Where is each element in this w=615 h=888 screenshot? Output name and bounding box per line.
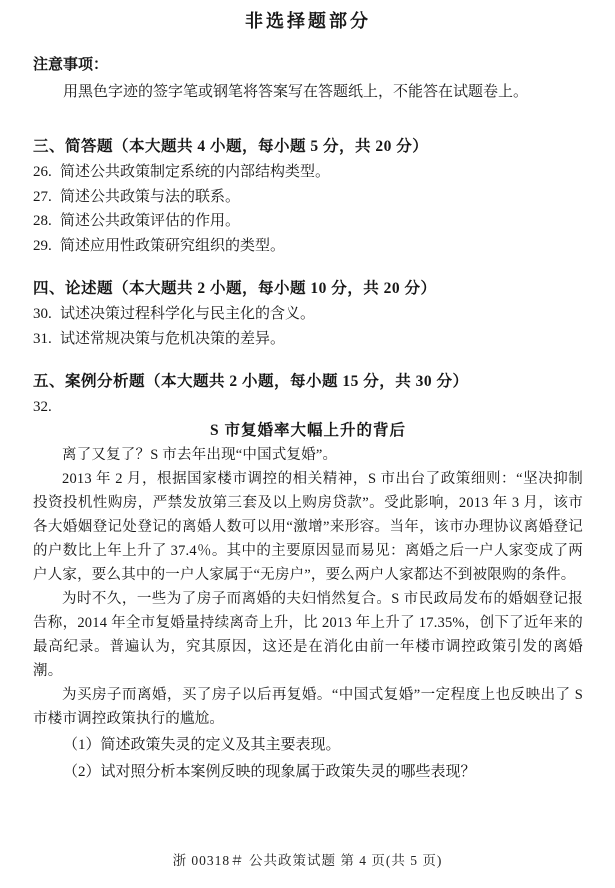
question-number: 27. xyxy=(33,185,60,210)
case-title: S 市复婚率大幅上升的背后 xyxy=(33,419,583,443)
page-title: 非选择题部分 xyxy=(33,10,583,32)
section-short-answer: 三、简答题（本大题共 4 小题，每小题 5 分，共 20 分） 26.简述公共政… xyxy=(33,134,583,258)
question-text: 简述公共政策制定系统的内部结构类型。 xyxy=(60,164,330,180)
section-heading: 四、论述题（本大题共 2 小题，每小题 10 分，共 20 分） xyxy=(33,276,583,302)
section-essay: 四、论述题（本大题共 2 小题，每小题 10 分，共 20 分） 30.试述决策… xyxy=(33,276,583,351)
section-case-analysis: 五、案例分析题（本大题共 2 小题，每小题 15 分，共 30 分） xyxy=(33,369,583,395)
question-number: 28. xyxy=(33,209,60,234)
question-text: 试述决策过程科学化与民主化的含义。 xyxy=(60,306,315,322)
case-paragraph: 2013 年 2 月，根据国家楼市调控的相关精神，S 市出台了政策细则：“坚决抑… xyxy=(33,467,583,587)
case-study: 32. S 市复婚率大幅上升的背后 离了又复了？S 市去年出现“中国式复婚”。 … xyxy=(33,395,583,785)
question-item: 29.简述应用性政策研究组织的类型。 xyxy=(33,234,583,259)
section-heading: 五、案例分析题（本大题共 2 小题，每小题 15 分，共 30 分） xyxy=(33,369,583,395)
question-number: 30. xyxy=(33,302,60,327)
case-question: （2）试对照分析本案例反映的现象属于政策失灵的哪些表现？ xyxy=(33,760,583,785)
case-question: （1）简述政策失灵的定义及其主要表现。 xyxy=(33,733,583,758)
question-text: 简述公共政策评估的作用。 xyxy=(60,213,240,229)
question-item: 26.简述公共政策制定系统的内部结构类型。 xyxy=(33,160,583,185)
case-paragraph: 为买房子而离婚，买了房子以后再复婚。“中国式复婚”一定程度上也反映出了 S 市楼… xyxy=(33,683,583,731)
question-text: 试述常规决策与危机决策的差异。 xyxy=(60,331,285,347)
case-paragraph: 离了又复了？S 市去年出现“中国式复婚”。 xyxy=(33,443,583,467)
question-item: 30.试述决策过程科学化与民主化的含义。 xyxy=(33,302,583,327)
page-footer: 浙 00318＃ 公共政策试题 第 4 页(共 5 页) xyxy=(0,849,615,869)
question-item: 28.简述公共政策评估的作用。 xyxy=(33,209,583,234)
question-item: 31.试述常规决策与危机决策的差异。 xyxy=(33,327,583,352)
question-item: 27.简述公共政策与法的联系。 xyxy=(33,185,583,210)
case-number: 32. xyxy=(33,395,583,419)
notice-text: 用黑色字迹的签字笔或钢笔将答案写在答题纸上，不能答在试题卷上。 xyxy=(33,82,583,103)
exam-paper-page: 非选择题部分 注意事项： 用黑色字迹的签字笔或钢笔将答案写在答题纸上，不能答在试… xyxy=(0,0,615,888)
question-number: 26. xyxy=(33,160,60,185)
notice-label: 注意事项： xyxy=(33,55,583,75)
question-number: 29. xyxy=(33,234,60,259)
section-heading: 三、简答题（本大题共 4 小题，每小题 5 分，共 20 分） xyxy=(33,134,583,160)
question-number: 31. xyxy=(33,327,60,352)
question-text: 简述应用性政策研究组织的类型。 xyxy=(60,238,285,254)
question-text: 简述公共政策与法的联系。 xyxy=(60,189,240,205)
case-paragraph: 为时不久，一些为了房子而离婚的夫妇悄然复合。S 市民政局发布的婚姻登记报告称，2… xyxy=(33,587,583,683)
